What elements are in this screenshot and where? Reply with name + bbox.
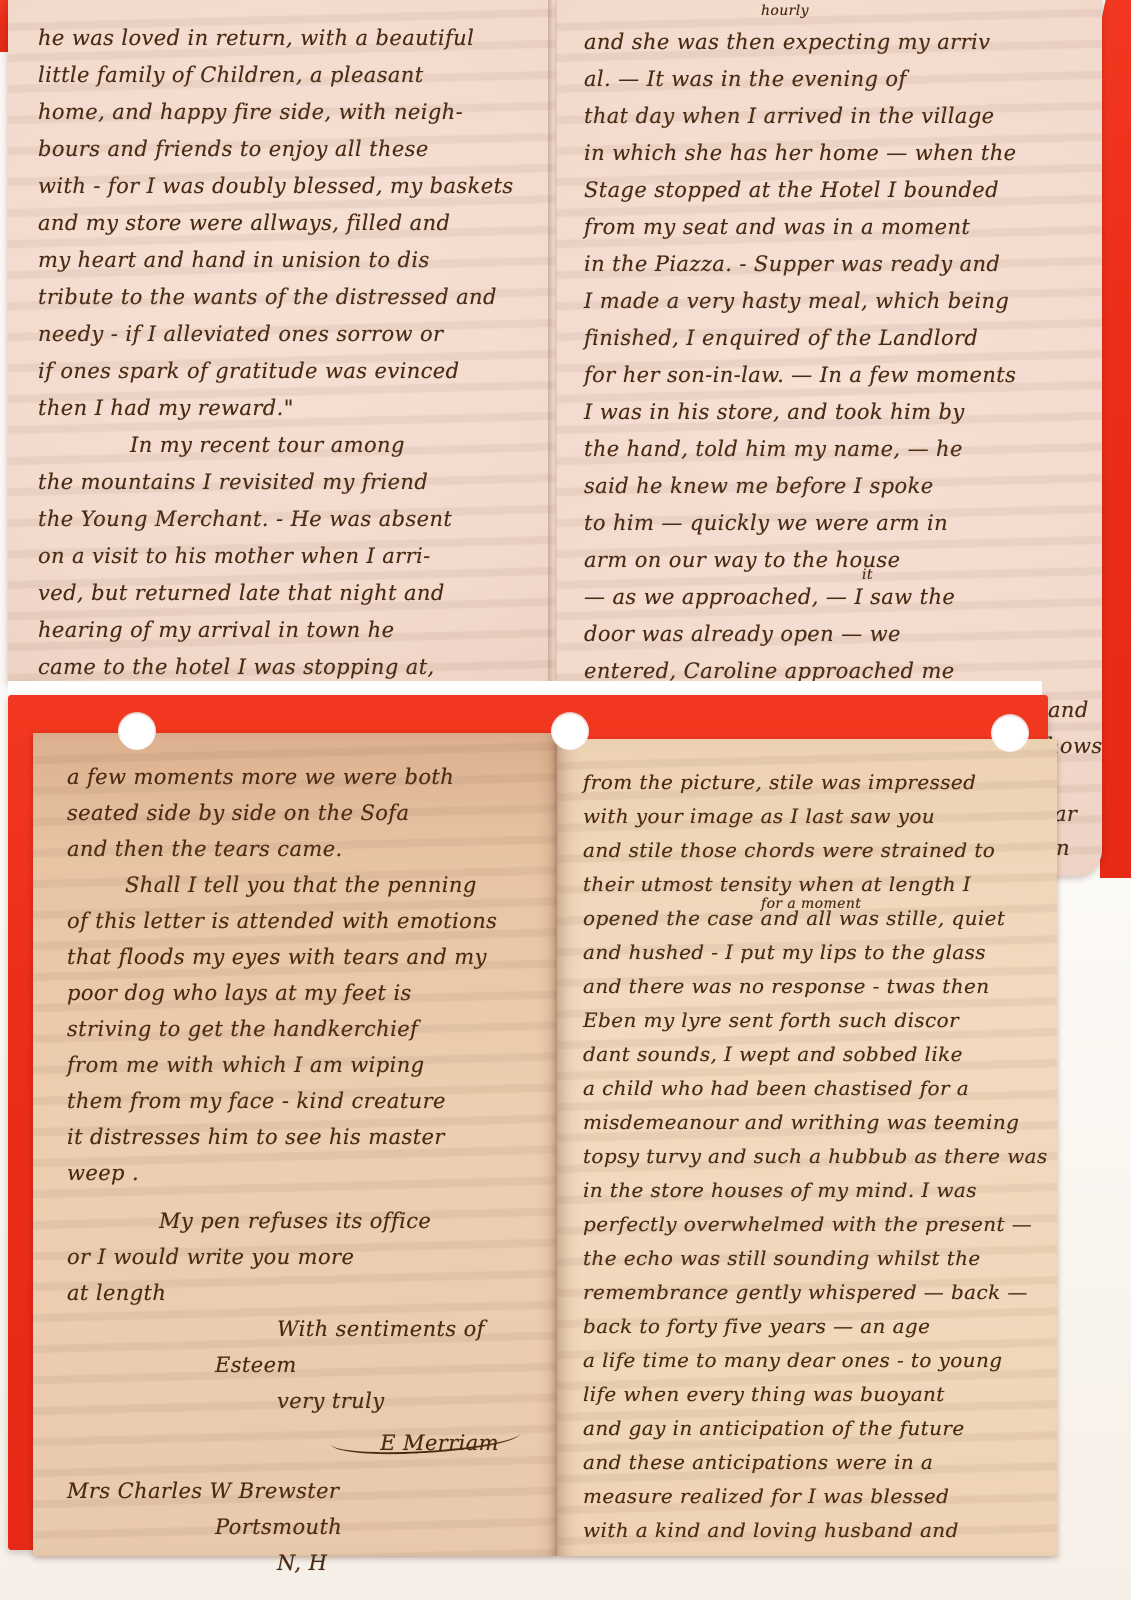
- handwriting-block: a few moments more we were bothseated si…: [67, 759, 543, 1581]
- handwriting-line: them from my face - kind creature: [67, 1083, 543, 1119]
- handwriting-line: and my store were allways, filled and: [38, 205, 534, 242]
- handwriting-line: the mountains I revisited my friend: [38, 464, 534, 501]
- handwriting-line: Shall I tell you that the penning: [67, 867, 543, 903]
- handwriting-line: from the picture, stile was impressed: [583, 765, 1047, 799]
- handwriting-line: it: [862, 568, 873, 582]
- handwriting-line: of this letter is attended with emotions: [67, 903, 543, 939]
- handwriting-line: bours and friends to enjoy all these: [38, 131, 534, 168]
- handwriting-line: My pen refuses its office: [67, 1203, 543, 1239]
- handwriting-line: said he knew me before I spoke: [584, 468, 1062, 505]
- handwriting-line: if ones spark of gratitude was evinced: [38, 353, 534, 390]
- handwriting-block: and she was then expecting my arrival. —…: [584, 24, 1062, 690]
- letter-page-bottom-right: from the picture, stile was impressedwit…: [557, 739, 1057, 1556]
- handwriting-line: in the store houses of my mind. I was: [583, 1173, 1047, 1207]
- handwriting-line: misdemeanour and writhing was teeming: [583, 1105, 1047, 1139]
- handwriting-line: remembrance gently whispered — back —: [583, 1275, 1047, 1309]
- handwriting-line: or I would write you more: [67, 1239, 543, 1275]
- handwriting-line: and stile those chords were strained to: [583, 833, 1047, 867]
- handwriting-line: al. — It was in the evening of: [584, 61, 1062, 98]
- handwriting-line: for a moment: [761, 897, 861, 911]
- handwriting-line: Eben my lyre sent forth such discor: [583, 1003, 1047, 1037]
- handwriting-line: arm on our way to the house: [584, 542, 1062, 579]
- handwriting-line: a child who had been chastised for a: [583, 1071, 1047, 1105]
- handwriting-line: back to forty five years — an age: [583, 1309, 1047, 1343]
- handwriting-line: the hand, told him my name, — he: [584, 431, 1062, 468]
- handwriting-line: with - for I was doubly blessed, my bask…: [38, 168, 534, 205]
- handwriting-line: with your image as I last saw you: [583, 799, 1047, 833]
- handwriting-line: that day when I arrived in the village: [584, 98, 1062, 135]
- handwriting-line: N, H: [67, 1545, 543, 1581]
- punch-hole: [991, 714, 1029, 752]
- handwriting-line: and she was then expecting my arriv: [584, 24, 1062, 61]
- handwriting-line: with a kind and loving husband and: [583, 1513, 1047, 1547]
- handwriting-line: Mrs Charles W Brewster: [67, 1473, 543, 1509]
- handwriting-line: needy - if I alleviated ones sorrow or: [38, 316, 534, 353]
- letter-page-bottom-left: a few moments more we were bothseated si…: [33, 733, 557, 1556]
- handwriting-line: that floods my eyes with tears and my: [67, 939, 543, 975]
- punch-hole: [118, 712, 156, 750]
- handwriting-line: my heart and hand in unision to dis: [38, 242, 534, 279]
- handwriting-line: the echo was still sounding whilst the: [583, 1241, 1047, 1275]
- handwriting-line: and: [1048, 692, 1089, 729]
- center-fold-crease: [548, 0, 557, 682]
- handwriting-line: for her son-in-law. — In a few moments: [584, 357, 1062, 394]
- handwriting-line: With sentiments of: [67, 1311, 543, 1347]
- handwriting-line: seated side by side on the Sofa: [67, 795, 543, 831]
- handwriting-line: on a visit to his mother when I arri-: [38, 538, 534, 575]
- handwriting-line: striving to get the handkerchief: [67, 1011, 543, 1047]
- handwriting-line: and there was no response - twas then: [583, 969, 1047, 1003]
- handwriting-line: door was already open — we: [584, 616, 1062, 653]
- letter-page-top-left: he was loved in return, with a beautiful…: [8, 0, 556, 684]
- handwriting-block: he was loved in return, with a beautiful…: [38, 20, 534, 686]
- handwriting-line: ved, but returned late that night and: [38, 575, 534, 612]
- handwriting-line: measure realized for I was blessed: [583, 1479, 1047, 1513]
- handwriting-line: dant sounds, I wept and sobbed like: [583, 1037, 1047, 1071]
- handwriting-line: I made a very hasty meal, which being: [584, 283, 1062, 320]
- handwriting-line: I was in his store, and took him by: [584, 394, 1062, 431]
- handwriting-line: and gay in anticipation of the future: [583, 1411, 1047, 1445]
- handwriting-line: hourly: [761, 4, 809, 18]
- handwriting-line: at length: [67, 1275, 543, 1311]
- handwriting-line: hearing of my arrival in town he: [38, 612, 534, 649]
- red-backing-board-top-right-strip: [1100, 0, 1131, 878]
- handwriting-line: little family of Children, a pleasant: [38, 57, 534, 94]
- handwriting-line: and hushed - I put my lips to the glass: [583, 935, 1047, 969]
- punch-hole: [551, 712, 589, 750]
- handwriting-line: and then the tears came.: [67, 831, 543, 867]
- handwriting-line: topsy turvy and such a hubbub as there w…: [583, 1139, 1047, 1173]
- handwriting-line: then I had my reward.": [38, 390, 534, 427]
- handwriting-line: in which she has her home — when the: [584, 135, 1062, 172]
- handwriting-line: tribute to the wants of the distressed a…: [38, 279, 534, 316]
- handwriting-line: a life time to many dear ones - to young: [583, 1343, 1047, 1377]
- handwriting-line: from me with which I am wiping: [67, 1047, 543, 1083]
- handwriting-line: in the Piazza. - Supper was ready and: [584, 246, 1062, 283]
- handwriting-line: he was loved in return, with a beautiful: [38, 20, 534, 57]
- letter-scan-canvas: { "colors": { "board_red": "#ee2f1b", "p…: [0, 0, 1131, 1600]
- handwriting-line: finished, I enquired of the Landlord: [584, 320, 1062, 357]
- handwriting-line: from my seat and was in a moment: [584, 209, 1062, 246]
- handwriting-line: the Young Merchant. - He was absent: [38, 501, 534, 538]
- handwriting-line: Portsmouth: [67, 1509, 543, 1545]
- handwriting-line: a few moments more we were both: [67, 759, 543, 795]
- handwriting-line: and these anticipations were in a: [583, 1445, 1047, 1479]
- handwriting-line: to him — quickly we were arm in: [584, 505, 1062, 542]
- handwriting-line: it distresses him to see his master: [67, 1119, 543, 1155]
- handwriting-line: weep .: [67, 1155, 543, 1191]
- handwriting-line: life when every thing was buoyant: [583, 1377, 1047, 1411]
- handwriting-block: from the picture, stile was impressedwit…: [583, 765, 1047, 1547]
- handwriting-line: In my recent tour among: [38, 427, 534, 464]
- handwriting-line: poor dog who lays at my feet is: [67, 975, 543, 1011]
- handwriting-line: Stage stopped at the Hotel I bounded: [584, 172, 1062, 209]
- handwriting-line: Esteem: [67, 1347, 543, 1383]
- handwriting-line: very truly: [67, 1383, 543, 1419]
- handwriting-line: home, and happy fire side, with neigh-: [38, 94, 534, 131]
- handwriting-line: perfectly overwhelmed with the present —: [583, 1207, 1047, 1241]
- handwriting-line: ar: [1054, 796, 1077, 833]
- handwriting-line: — as we approached, — I saw the: [584, 579, 1062, 616]
